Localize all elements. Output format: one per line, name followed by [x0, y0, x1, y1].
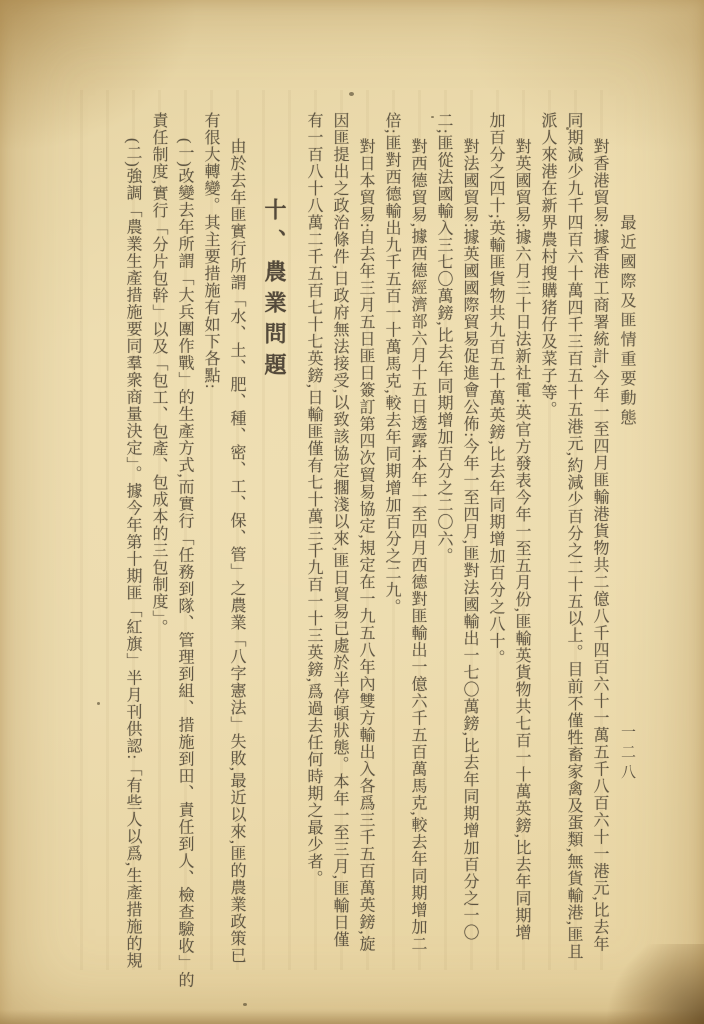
- ink-speck: [97, 702, 100, 705]
- text-column: 對英國貿易:據六月三十日法新社電:英官方發表今年一至五月份,匪輸英貨物共七百一十…: [508, 112, 534, 1024]
- running-title: 最近國際及匪情重要動態: [614, 214, 638, 474]
- document-body: 對香港貿易:據香港工商署統計,今年一至四月匪輸港貨物共二億八千四百六十一萬五千八…: [92, 112, 612, 1024]
- text-column: 有一百八十八萬二千五百七十七英鎊,日輸匪僅有七十萬三千九百一十三英鎊,爲過去任何…: [300, 112, 326, 1024]
- ink-speck: [243, 1003, 247, 1006]
- text-column: 二;匪從法國輸入三七〇萬鎊,比去年同期增加百分之二〇六。: [430, 112, 456, 1024]
- text-column: 派人來港在新界農村搜購猪仔及菜子等。: [534, 112, 560, 1024]
- text-column: 有很大轉變。其主要措施有如下各點:: [197, 112, 223, 1024]
- text-column: 同期減少九千四百六十萬四千三百五十五港元,約減少百分之二十五以上。目前不僅牲畜家…: [560, 112, 586, 1024]
- text-column: 對法國貿易:據英國國際貿易促進會公佈:今年一至四月,匪對法國輸出一七〇萬鎊,比去…: [456, 112, 482, 1024]
- text-column: 對香港貿易:據香港工商署統計,今年一至四月匪輸港貨物共二億八千四百六十一萬五千八…: [586, 112, 612, 1024]
- text-column: (一)改變去年所謂「大兵團作戰」的生產方式,而實行「任務到隊、管理到組、措施到田…: [171, 112, 197, 1024]
- ink-speck: [566, 127, 569, 130]
- scanned-document-page: 最近國際及匪情重要動態 一二八 對香港貿易:據香港工商署統計,今年一至四月匪輸港…: [0, 0, 704, 1024]
- text-column: 責任制度,實行「分片包幹」以及「包工、包產、包成本的三包制度」。: [145, 112, 171, 1024]
- text-column: (二)強調「農業生產措施要同羣衆商量決定」。據今年第十期匪「紅旗」半月刊供認:「…: [119, 112, 145, 1024]
- text-column: 因匪提出之政治條件,日政府無法接受,以致該協定擱淺以來,匪日貿易已處於半停頓狀態…: [326, 112, 352, 1024]
- page-number: 一二八: [615, 724, 639, 814]
- ink-speck: [431, 116, 434, 118]
- text-column: 倍;匪對西德輸出九千五百一十萬馬克,較去年同期增加百分之二九。: [378, 112, 404, 1024]
- section-heading: 十、農業問題: [254, 112, 294, 1024]
- text-column: 對日本貿易:自去年三月五日匪日簽訂第四次貿易協定,規定在一九五八年內雙方輸出入各…: [352, 112, 378, 1024]
- text-column: 加百分之四十;英輸匪貨物共九百五十萬英鎊,比去年同期增加百分之八十。: [482, 112, 508, 1024]
- page-edge-shadow: [0, 1010, 704, 1024]
- text-column: 由於去年匪實行所謂「水、土、肥、種、密、工、保、管」之農業「八字憲法」失敗,最近…: [223, 112, 249, 1024]
- ink-speck: [349, 92, 354, 96]
- text-column: 對西德貿易,據西德經濟部六月十五日透露:本年一至四月西德對匪輸出一億六千五百萬馬…: [404, 112, 430, 1024]
